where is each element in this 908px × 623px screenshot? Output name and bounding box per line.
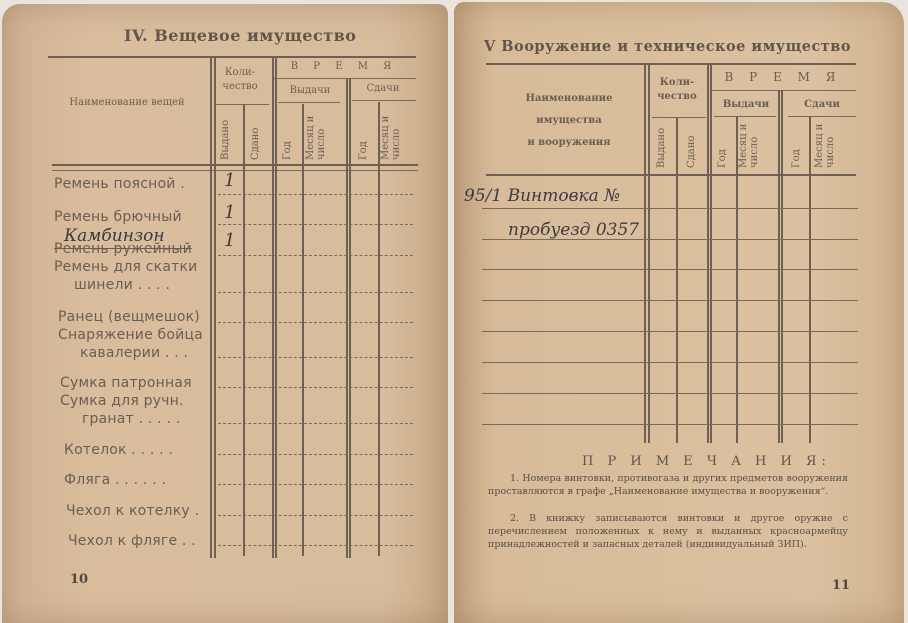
header-return-month: Месяц и число bbox=[380, 108, 404, 160]
column-line bbox=[707, 65, 709, 443]
column-line bbox=[302, 104, 304, 556]
header-issued: Выдано bbox=[220, 110, 231, 160]
item-mess-tin: Котелок . . . . . bbox=[64, 442, 173, 458]
divider bbox=[712, 90, 856, 91]
row-line bbox=[482, 362, 858, 363]
handwritten-rifle-entry-2: пробуезд 0357 bbox=[508, 220, 639, 240]
row-line bbox=[218, 484, 413, 486]
row-line bbox=[218, 387, 413, 389]
column-line bbox=[210, 58, 212, 558]
item-backpack: Ранец (вещмешок) bbox=[58, 309, 200, 325]
header-issue-month: Месяц и число bbox=[305, 108, 329, 160]
item-grenade-pouch: Сумка для ручн. bbox=[60, 393, 184, 409]
column-line bbox=[349, 78, 351, 558]
item-greatcoat-strap-cont: шинели . . . . bbox=[74, 277, 170, 293]
row-line bbox=[218, 322, 413, 324]
column-line bbox=[781, 90, 783, 443]
item-mess-tin-cover: Чехол к котелку . bbox=[66, 503, 199, 519]
column-line bbox=[346, 78, 348, 558]
notes-title: П Р И М Е Ч А Н И Я: bbox=[582, 454, 831, 469]
divider bbox=[278, 102, 340, 103]
page-number-right: 11 bbox=[832, 578, 850, 593]
section-title-armament: V Вооружение и техническое имущество bbox=[484, 38, 851, 55]
row-line bbox=[218, 423, 413, 425]
divider bbox=[214, 104, 269, 105]
header-item-name: Наименование вещей bbox=[52, 96, 202, 110]
header-name-1: Наименование bbox=[494, 92, 644, 106]
column-line bbox=[644, 65, 646, 443]
row-line bbox=[218, 194, 413, 196]
handwritten-rifle-entry: 95/1 Винтовка № bbox=[464, 186, 620, 206]
column-line bbox=[676, 117, 678, 443]
header-return-month: Месяц и число bbox=[814, 120, 838, 168]
column-line bbox=[710, 65, 712, 443]
header-issue: Выдачи bbox=[274, 84, 346, 98]
row-line bbox=[218, 357, 413, 359]
row-line bbox=[218, 255, 413, 257]
header-return-year: Год bbox=[358, 130, 369, 160]
row-line bbox=[218, 545, 413, 547]
item-trouser-belt: Ремень брючный bbox=[54, 209, 182, 225]
row-line bbox=[482, 300, 858, 301]
header-bottom-rule bbox=[52, 164, 418, 166]
column-line bbox=[378, 102, 380, 556]
row-line bbox=[482, 269, 858, 270]
header-quantity: Коли-чество bbox=[650, 76, 704, 104]
header-issue-year: Год bbox=[717, 140, 728, 168]
header-top-rule bbox=[48, 56, 416, 58]
header-name-2: имущества bbox=[494, 114, 644, 128]
note-1: 1. Номера винтовки, противогаза и других… bbox=[488, 472, 848, 498]
header-top-rule bbox=[486, 63, 856, 65]
left-page: IV. Вещевое имущество Наименование вещей… bbox=[2, 4, 448, 623]
right-page: V Вооружение и техническое имущество Наи… bbox=[454, 2, 904, 623]
row-line bbox=[482, 331, 858, 332]
item-greatcoat-strap: Ремень для скатки bbox=[54, 259, 197, 275]
handwritten-coverall: Камбинзон bbox=[64, 226, 165, 246]
column-line bbox=[214, 58, 216, 558]
header-issue-year: Год bbox=[282, 130, 293, 160]
divider bbox=[274, 78, 416, 79]
header-returned: Сдано bbox=[250, 110, 261, 160]
note-2: 2. В книжку записываются винтовки и друг… bbox=[488, 512, 848, 551]
row-line bbox=[482, 393, 858, 394]
header-time: В Р Е М Я bbox=[710, 70, 856, 84]
item-flask-cover: Чехол к фляге . . bbox=[68, 533, 196, 549]
row-line bbox=[218, 292, 413, 294]
header-issued: Выдано bbox=[656, 120, 667, 168]
header-issue: Выдачи bbox=[710, 98, 782, 112]
row-line bbox=[482, 208, 858, 209]
item-cartridge-pouch: Сумка патронная bbox=[60, 375, 192, 391]
column-line bbox=[243, 104, 245, 556]
column-line bbox=[275, 58, 277, 558]
row-line bbox=[218, 224, 413, 226]
item-flask: Фляга . . . . . . bbox=[64, 472, 166, 488]
qty-belt: 1 bbox=[224, 170, 235, 191]
section-title-clothing: IV. Вещевое имущество bbox=[124, 26, 356, 45]
qty-trouser-belt: 1 bbox=[224, 202, 235, 223]
page-number-left: 10 bbox=[70, 572, 88, 587]
column-line bbox=[648, 65, 650, 443]
header-return: Сдачи bbox=[788, 98, 856, 112]
column-line bbox=[272, 58, 274, 558]
divider bbox=[714, 116, 776, 117]
item-cavalry-gear-cont: кавалерии . . . bbox=[80, 345, 188, 361]
qty-coverall: 1 bbox=[224, 230, 235, 251]
header-quantity: Коли-чество bbox=[212, 66, 268, 94]
row-line bbox=[218, 515, 413, 517]
row-line bbox=[482, 424, 858, 425]
item-grenade-pouch-cont: гранат . . . . . bbox=[82, 411, 180, 427]
header-return: Сдачи bbox=[352, 82, 414, 96]
divider bbox=[352, 100, 416, 101]
item-cavalry-gear: Снаряжение бойца bbox=[58, 327, 203, 343]
column-line bbox=[778, 90, 780, 443]
header-name-3: и вооружения bbox=[494, 136, 644, 150]
item-belt: Ремень поясной . bbox=[54, 176, 185, 192]
header-issue-month: Месяц и число bbox=[738, 120, 762, 168]
header-returned: Сдано bbox=[686, 120, 697, 168]
header-time: В Р Е М Я bbox=[274, 60, 414, 74]
header-bottom-rule bbox=[486, 174, 856, 176]
row-line bbox=[218, 454, 413, 456]
divider bbox=[788, 116, 856, 117]
divider bbox=[652, 117, 706, 118]
header-return-year: Год bbox=[791, 140, 802, 168]
